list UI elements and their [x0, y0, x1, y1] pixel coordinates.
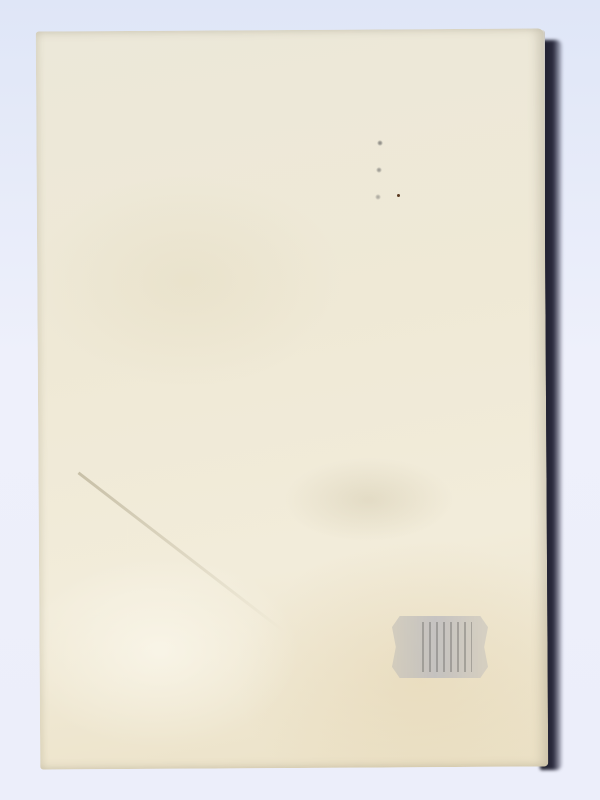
illegible-label-text — [422, 622, 472, 672]
cover-specks — [370, 125, 390, 215]
faded-sticker-label — [392, 616, 488, 678]
cover-stain-dot — [397, 194, 400, 197]
cover-crease — [78, 472, 286, 633]
